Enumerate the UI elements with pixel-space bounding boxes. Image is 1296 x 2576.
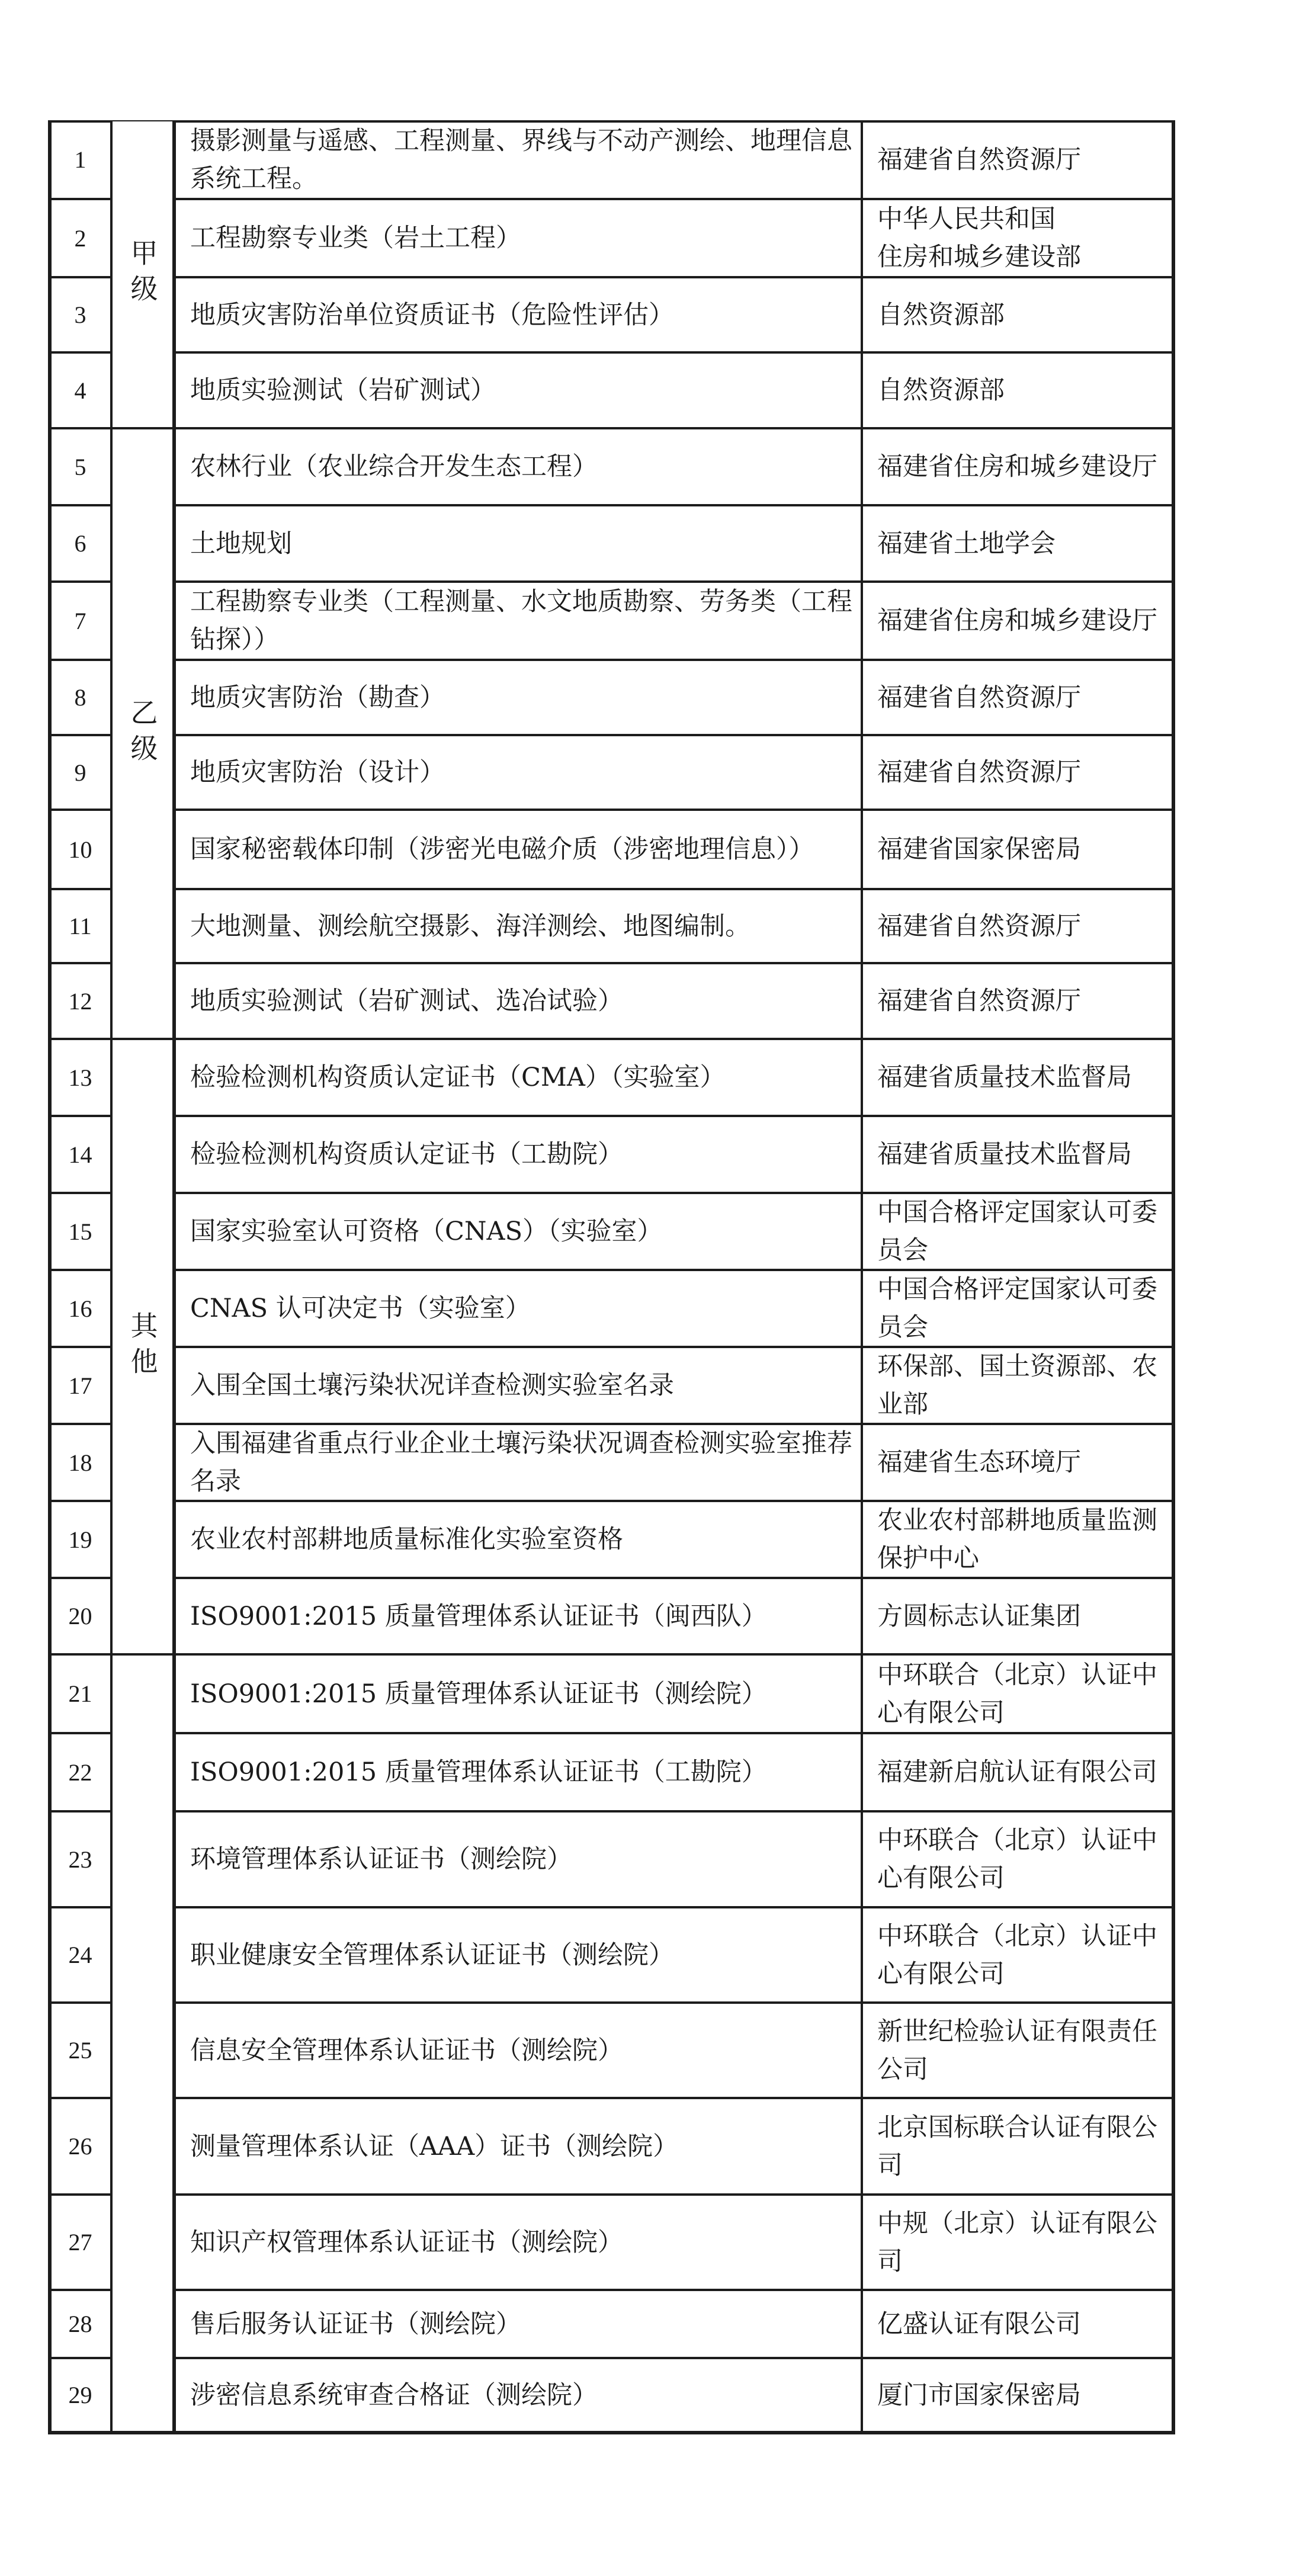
qualification-name: ISO9001:2015 质量管理体系认证证书（工勘院） [190, 1753, 767, 1791]
issuing-authority-cell: 厦门市国家保密局 [861, 2359, 1174, 2431]
table-row: 18入围福建省重点行业企业土壤污染状况调查检测实验室推荐名录福建省生态环境厅 [49, 1425, 1174, 1502]
qualification-name-cell: 农林行业（农业综合开发生态工程） [174, 429, 861, 504]
row-number-cell: 3 [49, 278, 111, 351]
issuing-authority-cell: 福建省住房和城乡建设厅 [861, 583, 1174, 659]
qualification-name-cell: 涉密信息系统审查合格证（测绘院） [174, 2359, 861, 2431]
issuing-authority: 福建省自然资源厅 [877, 141, 1081, 179]
grade-group-cell [111, 1656, 174, 2431]
table-row: 21ISO9001:2015 质量管理体系认证证书（测绘院）中环联合（北京）认证… [49, 1656, 1174, 1734]
qualification-name-cell: ISO9001:2015 质量管理体系认证证书（闽西队） [174, 1579, 861, 1653]
table-row: 29涉密信息系统审查合格证（测绘院）厦门市国家保密局 [49, 2359, 1174, 2433]
table-row: 6土地规划福建省土地学会 [49, 506, 1174, 583]
issuing-authority: 亿盛认证有限公司 [877, 2305, 1081, 2343]
qualification-name: 职业健康安全管理体系认证证书（测绘院） [190, 1936, 674, 1974]
issuing-authority-cell: 环保部、国土资源部、农业部 [861, 1348, 1174, 1423]
issuing-authority-cell: 福建省自然资源厅 [861, 890, 1174, 962]
row-number-cell: 9 [49, 736, 111, 809]
table-row: 17入围全国土壤污染状况详查检测实验室名录环保部、国土资源部、农业部 [49, 1348, 1174, 1425]
table-row: 2工程勘察专业类（岩土工程）中华人民共和国 住房和城乡建设部 [49, 200, 1174, 278]
table-row: 16CNAS 认可决定书（实验室）中国合格评定国家认可委员会 [49, 1271, 1174, 1348]
row-number: 11 [69, 912, 92, 940]
row-number-cell: 1 [49, 121, 111, 198]
qualification-name: 地质实验测试（岩矿测试、选冶试验） [190, 982, 623, 1020]
issuing-authority: 中国合格评定国家认可委员会 [877, 1271, 1167, 1346]
issuing-authority-cell: 中国合格评定国家认可委员会 [861, 1194, 1174, 1269]
issuing-authority-cell: 中华人民共和国 住房和城乡建设部 [861, 200, 1174, 276]
table-row: 9地质灾害防治（设计）福建省自然资源厅 [49, 736, 1174, 811]
issuing-authority: 厦门市国家保密局 [877, 2376, 1081, 2414]
row-number-cell: 11 [49, 890, 111, 962]
row-number: 10 [69, 836, 92, 864]
issuing-authority: 自然资源部 [877, 371, 1005, 409]
qualification-table: 1摄影测量与遥感、工程测量、界线与不动产测绘、地理信息系统工程。福建省自然资源厅… [49, 121, 1174, 2433]
row-number-cell: 19 [49, 1502, 111, 1577]
row-number-cell: 23 [49, 1812, 111, 1906]
qualification-name: 农业农村部耕地质量标准化实验室资格 [190, 1520, 623, 1558]
qualification-name-cell: 大地测量、测绘航空摄影、海洋测绘、地图编制。 [174, 890, 861, 962]
qualification-name: CNAS 认可决定书（实验室） [190, 1289, 531, 1327]
issuing-authority: 福建省国家保密局 [877, 830, 1081, 868]
table-row: 7工程勘察专业类（工程测量、水文地质勘察、劳务类（工程钻探））福建省住房和城乡建… [49, 583, 1174, 661]
table-column-border [1172, 120, 1175, 2433]
issuing-authority-cell: 福建省土地学会 [861, 506, 1174, 580]
grade-group-cell: 甲级 [111, 121, 174, 427]
table-row: 12地质实验测试（岩矿测试、选冶试验）福建省自然资源厅 [49, 964, 1174, 1040]
qualification-name: 检验检测机构资质认定证书（工勘院） [190, 1135, 623, 1173]
qualification-name: 农林行业（农业综合开发生态工程） [190, 448, 598, 486]
qualification-name: 知识产权管理体系认证证书（测绘院） [190, 2224, 623, 2261]
table-row: 26测量管理体系认证（AAA）证书（测绘院）北京国标联合认证有限公司 [49, 2099, 1174, 2196]
row-number: 3 [75, 301, 86, 329]
qualification-name-cell: 地质灾害防治（设计） [174, 736, 861, 809]
row-number: 9 [75, 759, 86, 787]
table-row: 15国家实验室认可资格（CNAS）（实验室）中国合格评定国家认可委员会 [49, 1194, 1174, 1271]
grade-group-cell: 其他 [111, 1040, 174, 1653]
qualification-name: 地质灾害防治（设计） [190, 753, 445, 791]
issuing-authority: 农业农村部耕地质量监测保护中心 [877, 1502, 1167, 1577]
qualification-name-cell: 农业农村部耕地质量标准化实验室资格 [174, 1502, 861, 1577]
row-number-cell: 18 [49, 1425, 111, 1500]
row-number-cell: 6 [49, 506, 111, 580]
issuing-authority: 中环联合（北京）认证中心有限公司 [877, 1821, 1167, 1897]
row-number-cell: 17 [49, 1348, 111, 1423]
qualification-name-cell: 国家实验室认可资格（CNAS）（实验室） [174, 1194, 861, 1269]
issuing-authority-cell: 福建省国家保密局 [861, 811, 1174, 888]
row-number-cell: 7 [49, 583, 111, 659]
qualification-name-cell: ISO9001:2015 质量管理体系认证证书（工勘院） [174, 1734, 861, 1810]
issuing-authority-cell: 自然资源部 [861, 354, 1174, 427]
qualification-name: 环境管理体系认证证书（测绘院） [190, 1840, 572, 1878]
table-row: 25信息安全管理体系认证证书（测绘院）新世纪检验认证有限责任公司 [49, 2004, 1174, 2099]
qualification-name: 工程勘察专业类（岩土工程） [190, 219, 521, 257]
issuing-authority: 自然资源部 [877, 296, 1005, 334]
qualification-name-cell: 测量管理体系认证（AAA）证书（测绘院） [174, 2099, 861, 2193]
qualification-name: 国家实验室认可资格（CNAS）（实验室） [190, 1212, 663, 1250]
qualification-name-cell: 地质实验测试（岩矿测试、选冶试验） [174, 964, 861, 1038]
qualification-name: 检验检测机构资质认定证书（CMA）（实验室） [190, 1058, 725, 1096]
row-number: 27 [69, 2228, 92, 2256]
issuing-authority-cell: 中规（北京）认证有限公司 [861, 2196, 1174, 2289]
table-column-border [172, 120, 175, 2433]
table-row: 28售后服务认证证书（测绘院）亿盛认证有限公司 [49, 2291, 1174, 2359]
grade-group-label: 其他 [123, 1311, 162, 1382]
row-number-cell: 8 [49, 661, 111, 734]
qualification-name: 大地测量、测绘航空摄影、海洋测绘、地图编制。 [190, 907, 750, 945]
qualification-name-cell: 地质实验测试（岩矿测试） [174, 354, 861, 427]
row-number: 12 [69, 987, 92, 1015]
qualification-name: 入围福建省重点行业企业土壤污染状况调查检测实验室推荐名录 [190, 1425, 855, 1500]
row-number: 6 [75, 530, 86, 557]
row-number-cell: 26 [49, 2099, 111, 2193]
row-number-cell: 5 [49, 429, 111, 504]
table-row: 13检验检测机构资质认定证书（CMA）（实验室）福建省质量技术监督局 [49, 1040, 1174, 1117]
issuing-authority: 方圆标志认证集团 [877, 1597, 1081, 1635]
table-column-border [110, 120, 113, 2433]
row-number: 25 [69, 2036, 92, 2064]
issuing-authority-cell: 福建省质量技术监督局 [861, 1117, 1174, 1192]
row-number: 18 [69, 1449, 92, 1477]
grade-group-label: 乙级 [123, 698, 162, 769]
issuing-authority: 福建省生态环境厅 [877, 1443, 1081, 1481]
qualification-name-cell: 地质灾害防治（勘查） [174, 661, 861, 734]
table-column-border [48, 120, 52, 2433]
issuing-authority-cell: 新世纪检验认证有限责任公司 [861, 2004, 1174, 2097]
table-row: 5农林行业（农业综合开发生态工程）福建省住房和城乡建设厅 [49, 429, 1174, 506]
issuing-authority: 中环联合（北京）认证中心有限公司 [877, 1917, 1167, 1993]
issuing-authority: 福建省质量技术监督局 [877, 1135, 1132, 1173]
row-number-cell: 29 [49, 2359, 111, 2431]
issuing-authority: 福建省住房和城乡建设厅 [877, 448, 1157, 486]
qualification-name: 售后服务认证证书（测绘院） [190, 2305, 521, 2343]
qualification-name: 工程勘察专业类（工程测量、水文地质勘察、劳务类（工程钻探）） [190, 583, 855, 659]
row-number-cell: 14 [49, 1117, 111, 1192]
issuing-authority: 中环联合（北京）认证中心有限公司 [877, 1656, 1167, 1732]
issuing-authority-cell: 自然资源部 [861, 278, 1174, 351]
issuing-authority-cell: 方圆标志认证集团 [861, 1579, 1174, 1653]
row-number: 13 [69, 1064, 92, 1092]
row-number: 24 [69, 1941, 92, 1969]
table-row: 27知识产权管理体系认证证书（测绘院）中规（北京）认证有限公司 [49, 2196, 1174, 2291]
qualification-name-cell: 入围福建省重点行业企业土壤污染状况调查检测实验室推荐名录 [174, 1425, 861, 1500]
qualification-name: 地质灾害防治（勘查） [190, 679, 445, 717]
table-row: 19农业农村部耕地质量标准化实验室资格农业农村部耕地质量监测保护中心 [49, 1502, 1174, 1579]
issuing-authority-cell: 福建省质量技术监督局 [861, 1040, 1174, 1115]
issuing-authority-cell: 中环联合（北京）认证中心有限公司 [861, 1812, 1174, 1906]
row-number-cell: 25 [49, 2004, 111, 2097]
issuing-authority-cell: 福建省自然资源厅 [861, 121, 1174, 198]
issuing-authority: 福建省自然资源厅 [877, 907, 1081, 945]
row-number-cell: 16 [49, 1271, 111, 1346]
row-number: 5 [75, 453, 86, 481]
qualification-name-cell: 环境管理体系认证证书（测绘院） [174, 1812, 861, 1906]
row-number: 26 [69, 2132, 92, 2160]
issuing-authority-cell: 福建新启航认证有限公司 [861, 1734, 1174, 1810]
issuing-authority-cell: 福建省自然资源厅 [861, 661, 1174, 734]
row-number: 17 [69, 1372, 92, 1400]
issuing-authority: 中国合格评定国家认可委员会 [877, 1194, 1167, 1269]
table-bottom-border [48, 2431, 1175, 2434]
qualification-name: 入围全国土壤污染状况详查检测实验室名录 [190, 1366, 674, 1404]
issuing-authority: 新世纪检验认证有限责任公司 [877, 2013, 1167, 2089]
row-number-cell: 10 [49, 811, 111, 888]
row-number: 19 [69, 1526, 92, 1554]
issuing-authority: 福建省住房和城乡建设厅 [877, 602, 1157, 640]
issuing-authority: 福建新启航认证有限公司 [877, 1753, 1157, 1791]
qualification-name-cell: 工程勘察专业类（工程测量、水文地质勘察、劳务类（工程钻探）） [174, 583, 861, 659]
row-number-cell: 27 [49, 2196, 111, 2289]
issuing-authority: 北京国标联合认证有限公司 [877, 2109, 1167, 2184]
issuing-authority-cell: 农业农村部耕地质量监测保护中心 [861, 1502, 1174, 1577]
qualification-name-cell: 检验检测机构资质认定证书（CMA）（实验室） [174, 1040, 861, 1115]
qualification-name: 信息安全管理体系认证证书（测绘院） [190, 2032, 623, 2070]
qualification-name-cell: 信息安全管理体系认证证书（测绘院） [174, 2004, 861, 2097]
table-row: 22ISO9001:2015 质量管理体系认证证书（工勘院）福建新启航认证有限公… [49, 1734, 1174, 1812]
row-number-cell: 20 [49, 1579, 111, 1653]
row-number: 8 [75, 684, 86, 711]
qualification-name-cell: ISO9001:2015 质量管理体系认证证书（测绘院） [174, 1656, 861, 1732]
qualification-name-cell: 检验检测机构资质认定证书（工勘院） [174, 1117, 861, 1192]
qualification-name-cell: 职业健康安全管理体系认证证书（测绘院） [174, 1908, 861, 2001]
issuing-authority-cell: 中国合格评定国家认可委员会 [861, 1271, 1174, 1346]
issuing-authority: 福建省质量技术监督局 [877, 1058, 1132, 1096]
table-row: 3地质灾害防治单位资质证书（危险性评估）自然资源部 [49, 278, 1174, 354]
row-number: 1 [75, 146, 86, 174]
row-number: 16 [69, 1295, 92, 1323]
issuing-authority: 中华人民共和国 住房和城乡建设部 [877, 200, 1081, 276]
table-row: 8地质灾害防治（勘查）福建省自然资源厅 [49, 661, 1174, 736]
table-row: 4地质实验测试（岩矿测试）自然资源部 [49, 354, 1174, 429]
grade-group-cell: 乙级 [111, 429, 174, 1038]
qualification-name-cell: 土地规划 [174, 506, 861, 580]
qualification-name: 土地规划 [190, 525, 292, 563]
issuing-authority-cell: 中环联合（北京）认证中心有限公司 [861, 1908, 1174, 2001]
qualification-name-cell: 知识产权管理体系认证证书（测绘院） [174, 2196, 861, 2289]
table-row: 23环境管理体系认证证书（测绘院）中环联合（北京）认证中心有限公司 [49, 1812, 1174, 1908]
issuing-authority: 福建省土地学会 [877, 525, 1056, 563]
row-number-cell: 13 [49, 1040, 111, 1115]
issuing-authority-cell: 亿盛认证有限公司 [861, 2291, 1174, 2357]
row-number: 29 [69, 2381, 92, 2409]
row-number: 20 [69, 1602, 92, 1630]
row-number: 2 [75, 224, 86, 252]
row-number-cell: 2 [49, 200, 111, 276]
issuing-authority: 中规（北京）认证有限公司 [877, 2205, 1167, 2280]
row-number-cell: 12 [49, 964, 111, 1038]
row-number: 14 [69, 1141, 92, 1169]
row-number: 28 [69, 2310, 92, 2338]
row-number: 7 [75, 607, 86, 635]
qualification-name: ISO9001:2015 质量管理体系认证证书（闽西队） [190, 1597, 767, 1635]
row-number-cell: 22 [49, 1734, 111, 1810]
row-number: 15 [69, 1218, 92, 1246]
qualification-name-cell: 入围全国土壤污染状况详查检测实验室名录 [174, 1348, 861, 1423]
row-number-cell: 24 [49, 1908, 111, 2001]
qualification-name: 摄影测量与遥感、工程测量、界线与不动产测绘、地理信息系统工程。 [190, 122, 855, 198]
issuing-authority-cell: 福建省住房和城乡建设厅 [861, 429, 1174, 504]
row-number: 21 [69, 1680, 92, 1708]
qualification-name: 涉密信息系统审查合格证（测绘院） [190, 2376, 598, 2414]
qualification-name: 地质实验测试（岩矿测试） [190, 371, 496, 409]
row-number: 4 [75, 377, 86, 405]
qualification-name-cell: 售后服务认证证书（测绘院） [174, 2291, 861, 2357]
issuing-authority: 福建省自然资源厅 [877, 982, 1081, 1020]
qualification-name-cell: 摄影测量与遥感、工程测量、界线与不动产测绘、地理信息系统工程。 [174, 121, 861, 198]
row-number: 23 [69, 1846, 92, 1874]
table-row: 11大地测量、测绘航空摄影、海洋测绘、地图编制。福建省自然资源厅 [49, 890, 1174, 964]
issuing-authority-cell: 福建省自然资源厅 [861, 964, 1174, 1038]
issuing-authority: 环保部、国土资源部、农业部 [877, 1348, 1167, 1423]
issuing-authority: 福建省自然资源厅 [877, 753, 1081, 791]
issuing-authority-cell: 北京国标联合认证有限公司 [861, 2099, 1174, 2193]
qualification-name-cell: 国家秘密载体印制（涉密光电磁介质（涉密地理信息）） [174, 811, 861, 888]
issuing-authority-cell: 中环联合（北京）认证中心有限公司 [861, 1656, 1174, 1732]
issuing-authority-cell: 福建省生态环境厅 [861, 1425, 1174, 1500]
qualification-name: 国家秘密载体印制（涉密光电磁介质（涉密地理信息）） [190, 830, 814, 868]
row-number: 22 [69, 1759, 92, 1786]
qualification-name-cell: CNAS 认可决定书（实验室） [174, 1271, 861, 1346]
grade-group-label: 甲级 [123, 239, 162, 310]
issuing-authority: 福建省自然资源厅 [877, 679, 1081, 717]
table-row: 1摄影测量与遥感、工程测量、界线与不动产测绘、地理信息系统工程。福建省自然资源厅 [49, 121, 1174, 200]
qualification-name: 测量管理体系认证（AAA）证书（测绘院） [190, 2128, 678, 2166]
qualification-name: 地质灾害防治单位资质证书（危险性评估） [190, 296, 674, 334]
qualification-name-cell: 工程勘察专业类（岩土工程） [174, 200, 861, 276]
table-row: 24职业健康安全管理体系认证证书（测绘院）中环联合（北京）认证中心有限公司 [49, 1908, 1174, 2004]
row-number-cell: 15 [49, 1194, 111, 1269]
table-row: 14检验检测机构资质认定证书（工勘院）福建省质量技术监督局 [49, 1117, 1174, 1194]
row-number-cell: 28 [49, 2291, 111, 2357]
row-number-cell: 21 [49, 1656, 111, 1732]
table-row: 10国家秘密载体印制（涉密光电磁介质（涉密地理信息））福建省国家保密局 [49, 811, 1174, 890]
qualification-name: ISO9001:2015 质量管理体系认证证书（测绘院） [190, 1675, 767, 1713]
row-number-cell: 4 [49, 354, 111, 427]
issuing-authority-cell: 福建省自然资源厅 [861, 736, 1174, 809]
qualification-name-cell: 地质灾害防治单位资质证书（危险性评估） [174, 278, 861, 351]
table-row: 20ISO9001:2015 质量管理体系认证证书（闽西队）方圆标志认证集团 [49, 1579, 1174, 1656]
